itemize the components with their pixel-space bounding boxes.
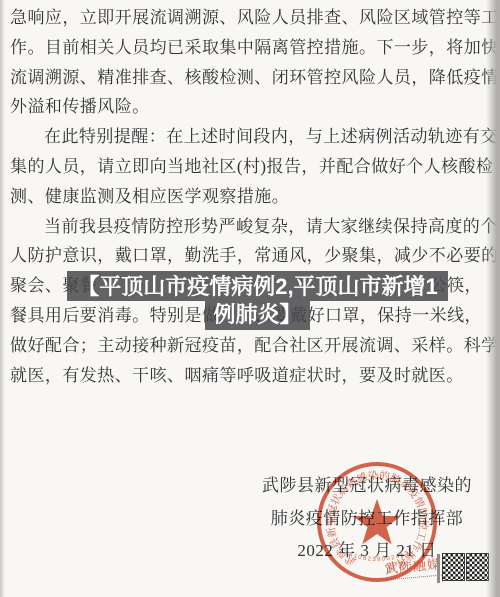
body-text: 急响应，立即开展流调溯源、风险人员排查、风险区域管控等工作。目前相关人员均已采取… [10, 3, 482, 390]
text-line: 测、健康监测及相应医学观察措施。 [10, 182, 482, 212]
text-line: 流调溯源、精准排查、核酸检测、闭环管控风险人员，降低疫情 [10, 63, 482, 93]
text-line: 人防护意识，戴口罩，勤洗手，常通风，少聚集，减少不必要的 [10, 241, 482, 271]
text-line: 当前我县疫情防控形势严峻复杂，请大家继续保持高度的个 [10, 212, 482, 242]
scanned-document-page: 急响应，立即开展流调溯源、风险人员排查、风险区域管控等工作。目前相关人员均已采取… [0, 0, 500, 597]
text-line: 做好配合；主动接种新冠疫苗，配合社区开展流调、采样。科学 [10, 331, 482, 361]
page-left-edge [0, 0, 5, 597]
text-line: 急响应，立即开展流调溯源、风险人员排查、风险区域管控等工 [10, 3, 482, 33]
page-right-edge [486, 0, 500, 597]
text-line: 就医，有发热、干咳、咽痛等呼吸道症状时，要及时就医。 [10, 361, 482, 391]
headline-line2: 例肺炎】 [205, 301, 309, 330]
footer-separator [437, 554, 440, 583]
text-line: 作。目前相关人员均已采取集中隔离管控措施。下一步，将加快 [10, 33, 482, 63]
headline-line1: 【平顶山市疫情病例2,平顶山市新增1 [67, 271, 448, 301]
headline-line2-wrap: 例肺炎】 [67, 301, 448, 330]
headline-overlay: 【平顶山市疫情病例2,平顶山市新增1 例肺炎】 [67, 271, 448, 330]
text-line: 在此特别提醒：在上述时间段内，与上述病例活动轨迹有交 [10, 122, 482, 152]
qr-code-icon-1 [442, 553, 465, 581]
text-line: 集的人员，请立即向当地社区(村)报告，并配合做好个人核酸检 [10, 152, 482, 182]
text-line: 外溢和传播风险。 [10, 92, 482, 122]
seal-star-icon [353, 499, 401, 544]
